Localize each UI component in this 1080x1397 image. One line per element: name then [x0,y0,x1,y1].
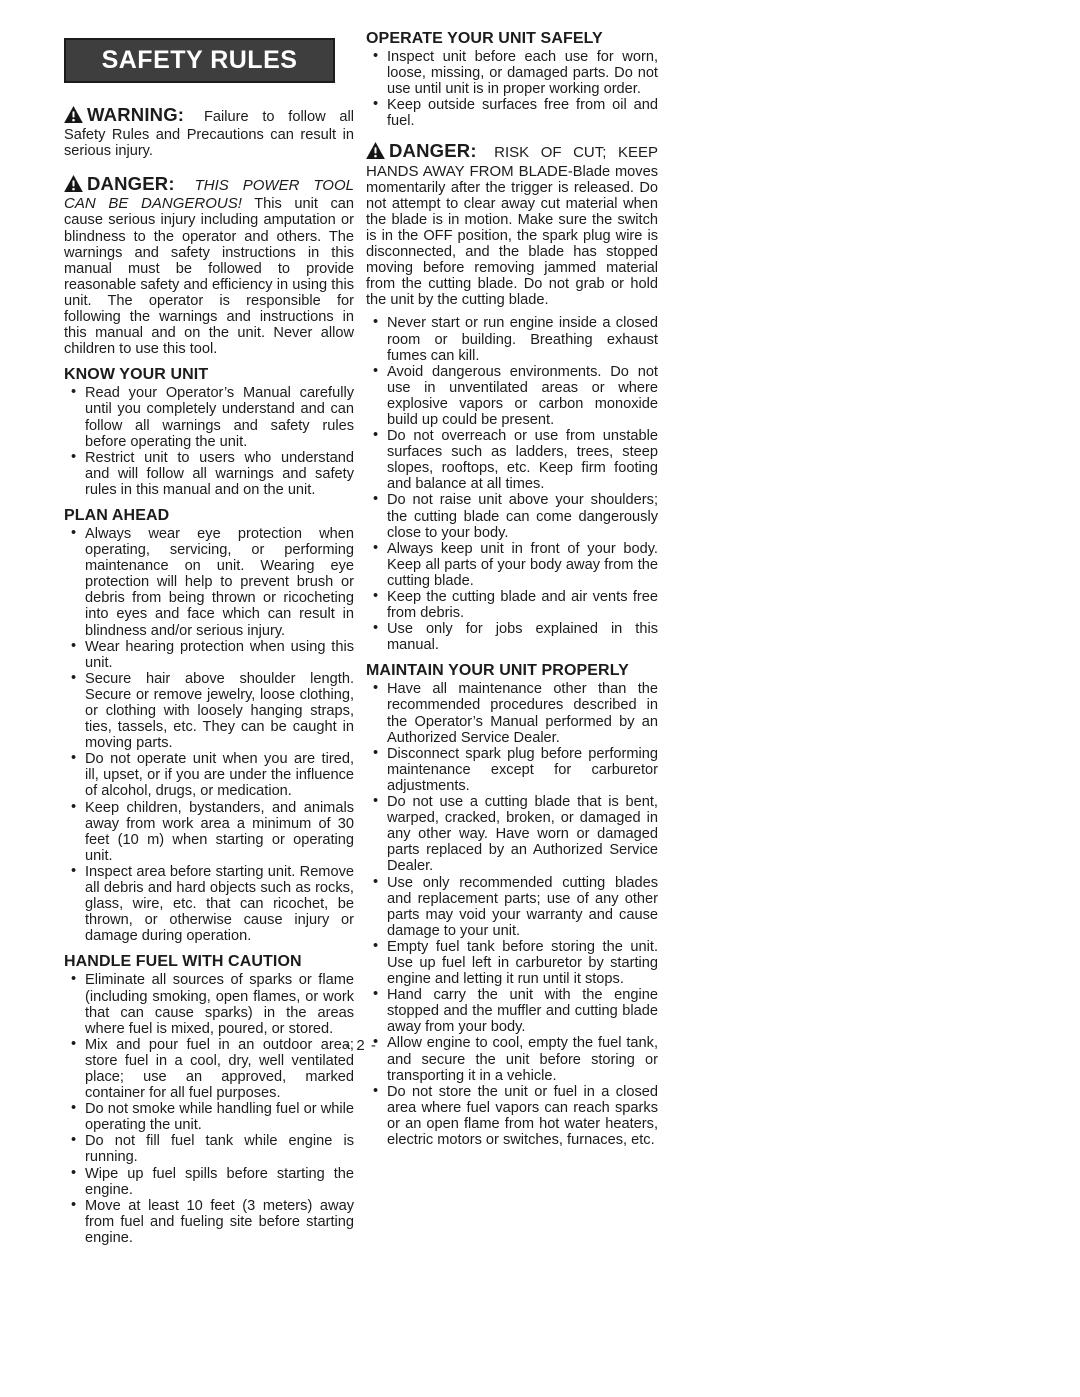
bullet-text: Keep outside surfaces free from oil and … [387,97,658,129]
list-item: Keep outside surfaces free from oil and … [366,97,658,129]
page-number: - 2 - [64,1037,658,1054]
bullet-text: Do not use a cutting blade that is bent,… [387,794,658,874]
list-item: Move at least 10 feet (3 meters) away fr… [64,1198,354,1246]
section-plan-ahead: PLAN AHEAD Always wear eye protection wh… [64,507,354,944]
bullet-text: Avoid dangerous environments. Do not use… [387,364,658,428]
list-item: Keep the cutting blade and air vents fre… [366,589,658,621]
list-item: Have all maintenance other than the reco… [366,681,658,745]
list-item: Wear hearing protection when using this … [64,639,354,671]
left-column: SAFETY RULES WARNING: Failure to follow … [64,0,354,1246]
bullet-text: Never start or run engine inside a close… [387,315,658,363]
bullet-text: Do not overreach or use from unstable su… [387,428,658,492]
manual-page: SAFETY RULES WARNING: Failure to follow … [0,0,1080,1397]
bullet-text: Do not raise unit above your shoulders; … [387,492,658,540]
list-item: Do not operate unit when you are tired, … [64,751,354,799]
section-know-your-unit: KNOW YOUR UNIT Read your Operator’s Manu… [64,366,354,498]
list-item: Always keep unit in front of your body. … [366,541,658,589]
bullet-text: Do not smoke while handling fuel or whil… [85,1101,354,1133]
section-operate-safely-continued: Never start or run engine inside a close… [366,315,658,653]
warning-label: WARNING: [87,104,184,125]
danger-label: DANGER: [87,173,175,194]
list-item: Wipe up fuel spills before starting the … [64,1166,354,1198]
list-item: Disconnect spark plug before performing … [366,746,658,794]
bullet-text: Wipe up fuel spills before starting the … [85,1166,354,1198]
bullet-text: Read your Operator’s Manual carefully un… [85,385,354,449]
bullet-text: Move at least 10 feet (3 meters) away fr… [85,1198,354,1246]
bullet-text: Have all maintenance other than the reco… [387,681,658,745]
section-operate-safely: OPERATE YOUR UNIT SAFELY Inspect unit be… [366,30,658,129]
bullet-text: Do not fill fuel tank while engine is ru… [85,1133,354,1165]
section-heading: PLAN AHEAD [64,507,354,525]
section-maintain: MAINTAIN YOUR UNIT PROPERLY Have all mai… [366,662,658,1148]
warning-note: WARNING: Failure to follow all Safety Ru… [64,106,354,159]
section-heading: HANDLE FUEL WITH CAUTION [64,953,354,971]
list-item: Read your Operator’s Manual carefully un… [64,385,354,449]
list-item: Inspect area before starting unit. Remov… [64,864,354,944]
list-item: Avoid dangerous environments. Do not use… [366,364,658,428]
list-item: Do not overreach or use from unstable su… [366,428,658,492]
list-item: Secure hair above shoulder length. Secur… [64,671,354,751]
danger-note-power-tool: DANGER: THIS POWER TOOL CAN BE DANGEROUS… [64,175,354,357]
section-heading: OPERATE YOUR UNIT SAFELY [366,30,658,48]
section-heading: KNOW YOUR UNIT [64,366,354,384]
bullet-text: Do not store the unit or fuel in a close… [387,1084,658,1148]
list-item: Hand carry the unit with the engine stop… [366,987,658,1035]
bullet-text: Inspect area before starting unit. Remov… [85,864,354,944]
bullet-text: Disconnect spark plug before performing … [387,746,658,794]
bullet-text: Use only recommended cutting blades and … [387,875,658,939]
list-item: Keep children, bystanders, and animals a… [64,800,354,864]
list-item: Do not fill fuel tank while engine is ru… [64,1133,354,1165]
section-handle-fuel: HANDLE FUEL WITH CAUTION Eliminate all s… [64,953,354,1246]
bullet-text: Keep the cutting blade and air vents fre… [387,589,658,621]
bullet-text: Always wear eye protection when operatin… [85,526,354,639]
bullet-text: Do not operate unit when you are tired, … [85,751,354,799]
page-title: SAFETY RULES [64,38,335,83]
list-item: Restrict unit to users who understand an… [64,450,354,498]
list-item: Do not use a cutting blade that is bent,… [366,794,658,874]
list-item: Use only recommended cutting blades and … [366,875,658,939]
list-item: Do not store the unit or fuel in a close… [366,1084,658,1148]
section-heading: MAINTAIN YOUR UNIT PROPERLY [366,662,658,680]
bullet-text: Secure hair above shoulder length. Secur… [85,671,354,751]
list-item: Inspect unit before each use for worn, l… [366,49,658,97]
danger-text: This unit can cause serious injury inclu… [64,196,354,357]
danger-label: DANGER: [389,140,477,161]
right-column: OPERATE YOUR UNIT SAFELY Inspect unit be… [366,30,658,1148]
list-item: Eliminate all sources of sparks or flame… [64,972,354,1036]
list-item: Empty fuel tank before storing the unit.… [366,939,658,987]
bullet-text: Hand carry the unit with the engine stop… [387,987,658,1035]
warning-triangle-icon [64,106,83,127]
list-item: Do not raise unit above your shoulders; … [366,492,658,540]
list-item: Use only for jobs explained in this manu… [366,621,658,653]
bullet-text: Always keep unit in front of your body. … [387,541,658,589]
bullet-text: Eliminate all sources of sparks or flame… [85,972,354,1036]
list-item: Do not smoke while handling fuel or whil… [64,1101,354,1133]
warning-triangle-icon [366,142,385,163]
bullet-text: Use only for jobs explained in this manu… [387,621,658,653]
bullet-text: Empty fuel tank before storing the unit.… [387,939,658,987]
bullet-text: Inspect unit before each use for worn, l… [387,49,658,97]
bullet-text: Wear hearing protection when using this … [85,639,354,671]
page-title-text: SAFETY RULES [102,46,298,75]
danger-note-risk-of-cut: DANGER: RISK OF CUT; KEEP HANDS AWAY FRO… [366,142,658,308]
list-item: Never start or run engine inside a close… [366,315,658,363]
bullet-text: Keep children, bystanders, and animals a… [85,800,354,864]
list-item: Always wear eye protection when operatin… [64,526,354,639]
warning-triangle-icon [64,175,83,196]
bullet-text: Restrict unit to users who understand an… [85,450,354,498]
danger-text: -Blade moves momentarily after the trigg… [366,164,658,309]
